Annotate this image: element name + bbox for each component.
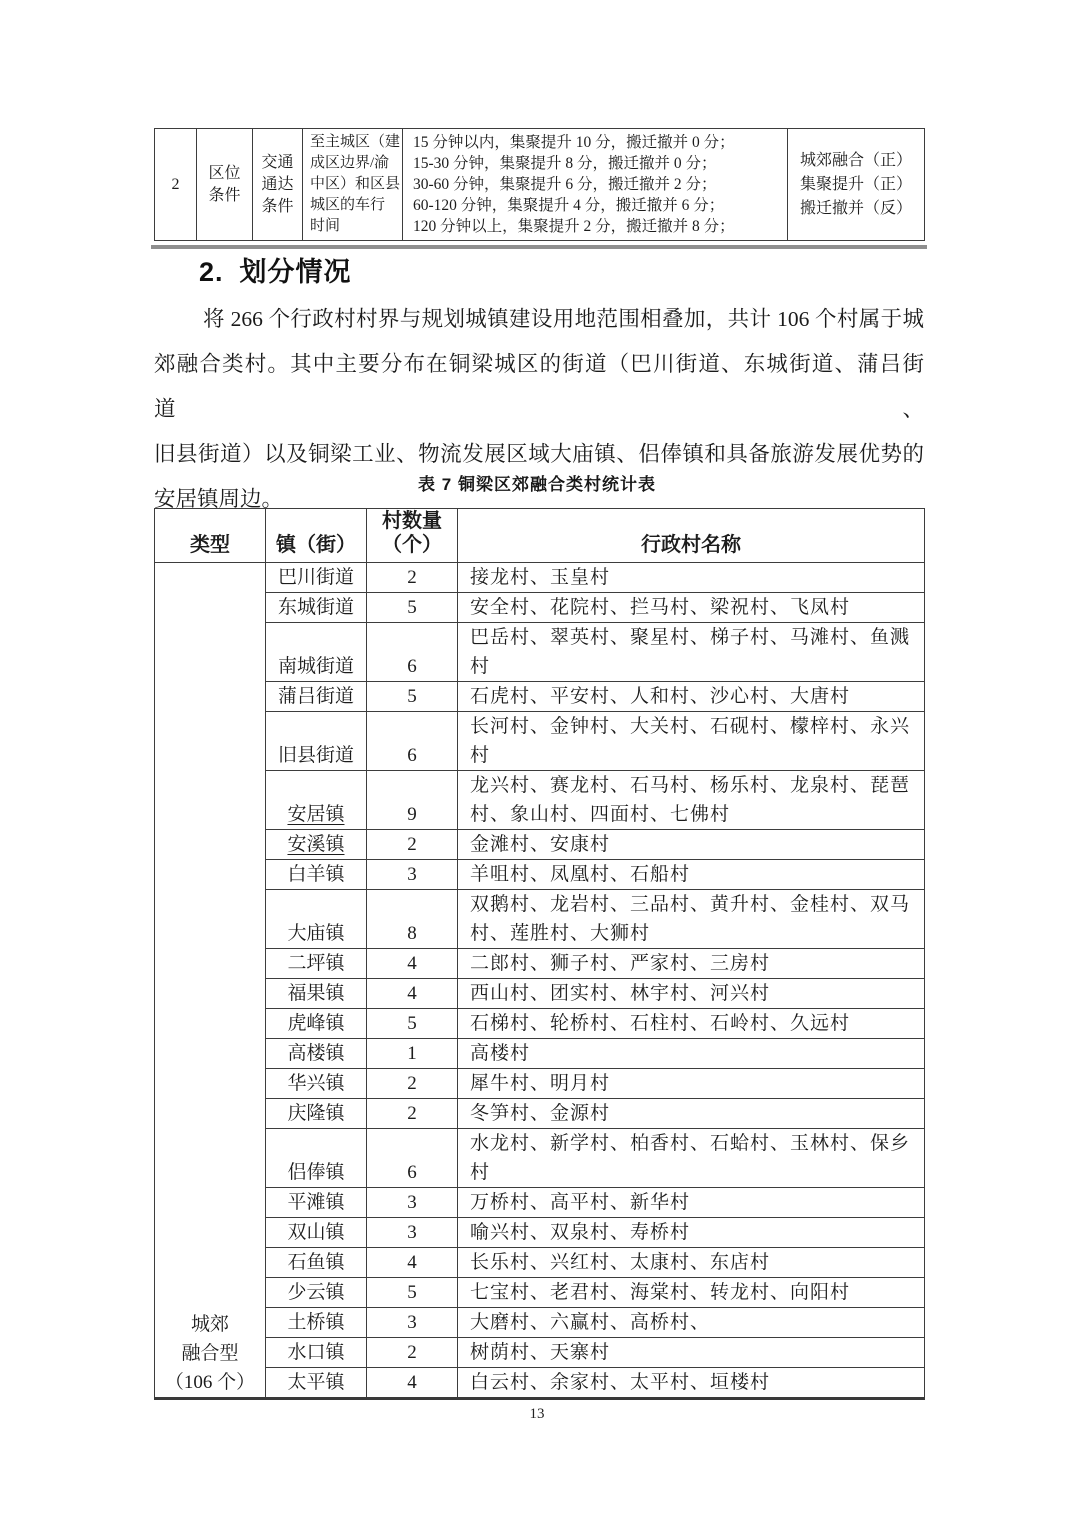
count-cell: 5 <box>367 1009 458 1039</box>
table-row: 南城街道6巴岳村、翠英村、聚星村、梯子村、马滩村、鱼溅村 <box>155 623 925 682</box>
town-name: 少云镇 <box>287 1282 344 1303</box>
paragraph-line: 将 266 个行政村村界与规划城镇建设用地范围相叠加，共计 106 个村属于城 <box>154 297 924 342</box>
text-line: 15 分钟以内，集聚提升 10 分，搬迁撤并 0 分； <box>413 132 787 153</box>
text-line: 通达 <box>253 174 302 196</box>
table-pagebreak-rule <box>151 245 927 249</box>
type-result-cell: 城郊融合（正）集聚提升（正）搬迁撤并（反） <box>788 129 925 241</box>
table-row: 庆隆镇2冬笋村、金源村 <box>155 1099 925 1129</box>
town-cell: 庆隆镇 <box>266 1099 367 1129</box>
villages-cell: 高楼村 <box>458 1039 925 1069</box>
villages-cell: 白云村、余家村、太平村、垣楼村 <box>458 1368 925 1399</box>
count-cell: 4 <box>367 1248 458 1278</box>
town-name: 太平镇 <box>287 1372 344 1393</box>
criteria-table-row: 2 区位条件 交通通达条件 至主城区（建成区边界/渝中区）和区县城区的车行时间 … <box>155 129 925 241</box>
town-name: 白羊镇 <box>287 864 344 885</box>
town-cell: 虎峰镇 <box>266 1009 367 1039</box>
town-name: 水口镇 <box>287 1342 344 1363</box>
count-cell: 5 <box>367 1278 458 1308</box>
town-name: 侣俸镇 <box>287 1162 344 1183</box>
town-cell: 少云镇 <box>266 1278 367 1308</box>
town-name: 华兴镇 <box>287 1073 344 1094</box>
count-cell: 8 <box>367 890 458 949</box>
villages-cell: 二郎村、狮子村、严家村、三房村 <box>458 949 925 979</box>
villages-cell: 长乐村、兴红村、太康村、东店村 <box>458 1248 925 1278</box>
table-row: 侣俸镇6水龙村、新学村、柏香村、石蛤村、玉林村、保乡村 <box>155 1129 925 1188</box>
table-caption: 表 7 铜梁区郊融合类村统计表 <box>0 470 1074 495</box>
villages-cell: 羊咀村、凤凰村、石船村 <box>458 860 925 890</box>
town-name: 安居镇 <box>287 804 344 825</box>
town-name: 旧县街道 <box>278 745 354 766</box>
villages-cell: 安全村、花院村、拦马村、梁祝村、飞凤村 <box>458 593 925 623</box>
count-cell: 2 <box>367 1099 458 1129</box>
table-row: 东城街道5安全村、花院村、拦马村、梁祝村、飞凤村 <box>155 593 925 623</box>
table-row: 水口镇2树荫村、天寨村 <box>155 1338 925 1368</box>
villages-cell: 冬笋村、金源村 <box>458 1099 925 1129</box>
villages-cell: 喻兴村、双泉村、寿桥村 <box>458 1218 925 1248</box>
town-name: 土桥镇 <box>287 1312 344 1333</box>
table-row: 虎峰镇5石梯村、轮桥村、石柱村、石岭村、久远村 <box>155 1009 925 1039</box>
villages-cell: 七宝村、老君村、海棠村、转龙村、向阳村 <box>458 1278 925 1308</box>
villages-cell: 接龙村、玉皇村 <box>458 563 925 593</box>
count-cell: 6 <box>367 1129 458 1188</box>
villages-cell: 犀牛村、明月村 <box>458 1069 925 1099</box>
count-cell: 9 <box>367 771 458 830</box>
count-cell: 3 <box>367 1218 458 1248</box>
text-line: 时间 <box>310 216 402 237</box>
town-name: 平滩镇 <box>287 1192 344 1213</box>
town-cell: 土桥镇 <box>266 1308 367 1338</box>
section-heading: 2.划分情况 <box>199 250 352 289</box>
table-row: 太平镇4白云村、余家村、太平村、垣楼村 <box>155 1368 925 1399</box>
town-cell: 侣俸镇 <box>266 1129 367 1188</box>
table-row: 少云镇5七宝村、老君村、海棠村、转龙村、向阳村 <box>155 1278 925 1308</box>
table-row: 大庙镇8双鹅村、龙岩村、三品村、黄升村、金桂村、双马村、莲胜村、大狮村 <box>155 890 925 949</box>
town-cell: 太平镇 <box>266 1368 367 1399</box>
town-name: 石鱼镇 <box>287 1252 344 1273</box>
village-stat-table: 类型 镇（街） 村数量 （个） 行政村名称 城郊融合型（106 个）巴川街道2接… <box>154 508 925 1400</box>
villages-cell: 万桥村、高平村、新华村 <box>458 1188 925 1218</box>
header-count: 村数量 （个） <box>367 509 458 563</box>
table-row: 白羊镇3羊咀村、凤凰村、石船村 <box>155 860 925 890</box>
text-line: 成区边界/渝 <box>310 153 402 174</box>
villages-cell: 树荫村、天寨村 <box>458 1338 925 1368</box>
table-row: 二坪镇4二郎村、狮子村、严家村、三房村 <box>155 949 925 979</box>
town-cell: 旧县街道 <box>266 712 367 771</box>
count-cell: 2 <box>367 563 458 593</box>
town-name: 大庙镇 <box>287 923 344 944</box>
count-cell: 2 <box>367 830 458 860</box>
text-line: 区位 <box>197 163 252 185</box>
text-line: 120 分钟以上，集聚提升 2 分，搬迁撤并 8 分； <box>413 216 787 237</box>
town-cell: 巴川街道 <box>266 563 367 593</box>
text-line: 中区）和区县 <box>310 174 402 195</box>
type-cell: 城郊融合型（106 个） <box>155 563 266 1399</box>
table-row: 土桥镇3大磨村、六赢村、高桥村、 <box>155 1308 925 1338</box>
town-cell: 福果镇 <box>266 979 367 1009</box>
text-line: 交通 <box>253 152 302 174</box>
town-name: 虎峰镇 <box>287 1013 344 1034</box>
town-cell: 二坪镇 <box>266 949 367 979</box>
text-line: 15-30 分钟，集聚提升 8 分，搬迁撤并 0 分； <box>413 153 787 174</box>
text-line: 融合型 <box>155 1339 265 1368</box>
town-cell: 安溪镇 <box>266 830 367 860</box>
town-name: 双山镇 <box>287 1222 344 1243</box>
count-cell: 2 <box>367 1069 458 1099</box>
table-row: 石鱼镇4长乐村、兴红村、太康村、东店村 <box>155 1248 925 1278</box>
table-row: 安溪镇2金滩村、安康村 <box>155 830 925 860</box>
villages-cell: 长河村、金钟村、大关村、石砚村、檬梓村、永兴村 <box>458 712 925 771</box>
town-name: 安溪镇 <box>287 834 344 855</box>
count-cell: 4 <box>367 979 458 1009</box>
table-row: 旧县街道6长河村、金钟村、大关村、石砚村、檬梓村、永兴村 <box>155 712 925 771</box>
town-cell: 华兴镇 <box>266 1069 367 1099</box>
count-cell: 1 <box>367 1039 458 1069</box>
stat-table-header-row: 类型 镇（街） 村数量 （个） 行政村名称 <box>155 509 925 563</box>
criteria-cell: 15 分钟以内，集聚提升 10 分，搬迁撤并 0 分；15-30 分钟，集聚提升… <box>403 129 788 241</box>
table-row: 福果镇4西山村、团实村、林宇村、河兴村 <box>155 979 925 1009</box>
table-row: 华兴镇2犀牛村、明月村 <box>155 1069 925 1099</box>
text-line: 搬迁撤并（反） <box>788 197 924 221</box>
villages-cell: 双鹅村、龙岩村、三品村、黄升村、金桂村、双马村、莲胜村、大狮村 <box>458 890 925 949</box>
text-line: 60-120 分钟，集聚提升 4 分，搬迁撤并 6 分； <box>413 195 787 216</box>
indicator-cell: 至主城区（建成区边界/渝中区）和区县城区的车行时间 <box>303 129 403 241</box>
count-cell: 4 <box>367 949 458 979</box>
text-line: 条件 <box>253 196 302 218</box>
town-cell: 安居镇 <box>266 771 367 830</box>
category-cell: 区位条件 <box>197 129 253 241</box>
town-cell: 白羊镇 <box>266 860 367 890</box>
town-name: 南城街道 <box>278 656 354 677</box>
town-cell: 蒲吕街道 <box>266 682 367 712</box>
stat-table-body: 城郊融合型（106 个）巴川街道2接龙村、玉皇村东城街道5安全村、花院村、拦马村… <box>155 563 925 1399</box>
text-line: 城郊融合（正） <box>788 149 924 173</box>
table-row: 安居镇9龙兴村、赛龙村、石马村、杨乐村、龙泉村、琵琶村、象山村、四面村、七佛村 <box>155 771 925 830</box>
page-number: 13 <box>0 1406 1074 1423</box>
villages-cell: 石虎村、平安村、人和村、沙心村、大唐村 <box>458 682 925 712</box>
count-cell: 3 <box>367 1188 458 1218</box>
town-name: 二坪镇 <box>287 953 344 974</box>
section-number: 2. <box>199 257 224 287</box>
town-name: 福果镇 <box>287 983 344 1004</box>
count-cell: 5 <box>367 593 458 623</box>
town-name: 巴川街道 <box>278 567 354 588</box>
subcategory-cell: 交通通达条件 <box>253 129 303 241</box>
count-cell: 4 <box>367 1368 458 1399</box>
villages-cell: 龙兴村、赛龙村、石马村、杨乐村、龙泉村、琵琶村、象山村、四面村、七佛村 <box>458 771 925 830</box>
town-cell: 东城街道 <box>266 593 367 623</box>
count-cell: 3 <box>367 860 458 890</box>
header-town: 镇（街） <box>266 509 367 563</box>
text-line: （106 个） <box>155 1368 265 1397</box>
town-cell: 石鱼镇 <box>266 1248 367 1278</box>
town-cell: 高楼镇 <box>266 1039 367 1069</box>
town-cell: 双山镇 <box>266 1218 367 1248</box>
villages-cell: 西山村、团实村、林宇村、河兴村 <box>458 979 925 1009</box>
town-name: 庆隆镇 <box>287 1103 344 1124</box>
header-type: 类型 <box>155 509 266 563</box>
villages-cell: 巴岳村、翠英村、聚星村、梯子村、马滩村、鱼溅村 <box>458 623 925 682</box>
text-line: 城郊 <box>155 1310 265 1339</box>
town-cell: 大庙镇 <box>266 890 367 949</box>
count-cell: 3 <box>367 1308 458 1338</box>
header-count-line2: （个） <box>367 533 457 557</box>
villages-cell: 大磨村、六赢村、高桥村、 <box>458 1308 925 1338</box>
text-line: 条件 <box>197 185 252 207</box>
section-title: 划分情况 <box>240 257 352 287</box>
town-name: 蒲吕街道 <box>278 686 354 707</box>
count-cell: 2 <box>367 1338 458 1368</box>
criteria-table: 2 区位条件 交通通达条件 至主城区（建成区边界/渝中区）和区县城区的车行时间 … <box>154 128 925 241</box>
document-page: 2 区位条件 交通通达条件 至主城区（建成区边界/渝中区）和区县城区的车行时间 … <box>0 0 1074 1520</box>
paragraph-line: 郊融合类村。其中主要分布在铜梁城区的街道（巴川街道、东城街道、蒲吕街道、 <box>154 342 924 432</box>
villages-cell: 石梯村、轮桥村、石柱村、石岭村、久远村 <box>458 1009 925 1039</box>
count-cell: 6 <box>367 712 458 771</box>
town-name: 高楼镇 <box>287 1043 344 1064</box>
row-index-cell: 2 <box>155 129 197 241</box>
header-villages: 行政村名称 <box>458 509 925 563</box>
table-row: 平滩镇3万桥村、高平村、新华村 <box>155 1188 925 1218</box>
text-line: 至主城区（建 <box>310 132 402 153</box>
text-line: 30-60 分钟，集聚提升 6 分，搬迁撤并 2 分； <box>413 174 787 195</box>
header-count-line1: 村数量 <box>367 509 457 533</box>
text-line: 城区的车行 <box>310 195 402 216</box>
villages-cell: 金滩村、安康村 <box>458 830 925 860</box>
town-name: 东城街道 <box>278 597 354 618</box>
table-row: 城郊融合型（106 个）巴川街道2接龙村、玉皇村 <box>155 563 925 593</box>
town-cell: 平滩镇 <box>266 1188 367 1218</box>
count-cell: 5 <box>367 682 458 712</box>
table-row: 蒲吕街道5石虎村、平安村、人和村、沙心村、大唐村 <box>155 682 925 712</box>
text-line: 集聚提升（正） <box>788 173 924 197</box>
table-row: 高楼镇1高楼村 <box>155 1039 925 1069</box>
villages-cell: 水龙村、新学村、柏香村、石蛤村、玉林村、保乡村 <box>458 1129 925 1188</box>
count-cell: 6 <box>367 623 458 682</box>
table-row: 双山镇3喻兴村、双泉村、寿桥村 <box>155 1218 925 1248</box>
town-cell: 南城街道 <box>266 623 367 682</box>
town-cell: 水口镇 <box>266 1338 367 1368</box>
